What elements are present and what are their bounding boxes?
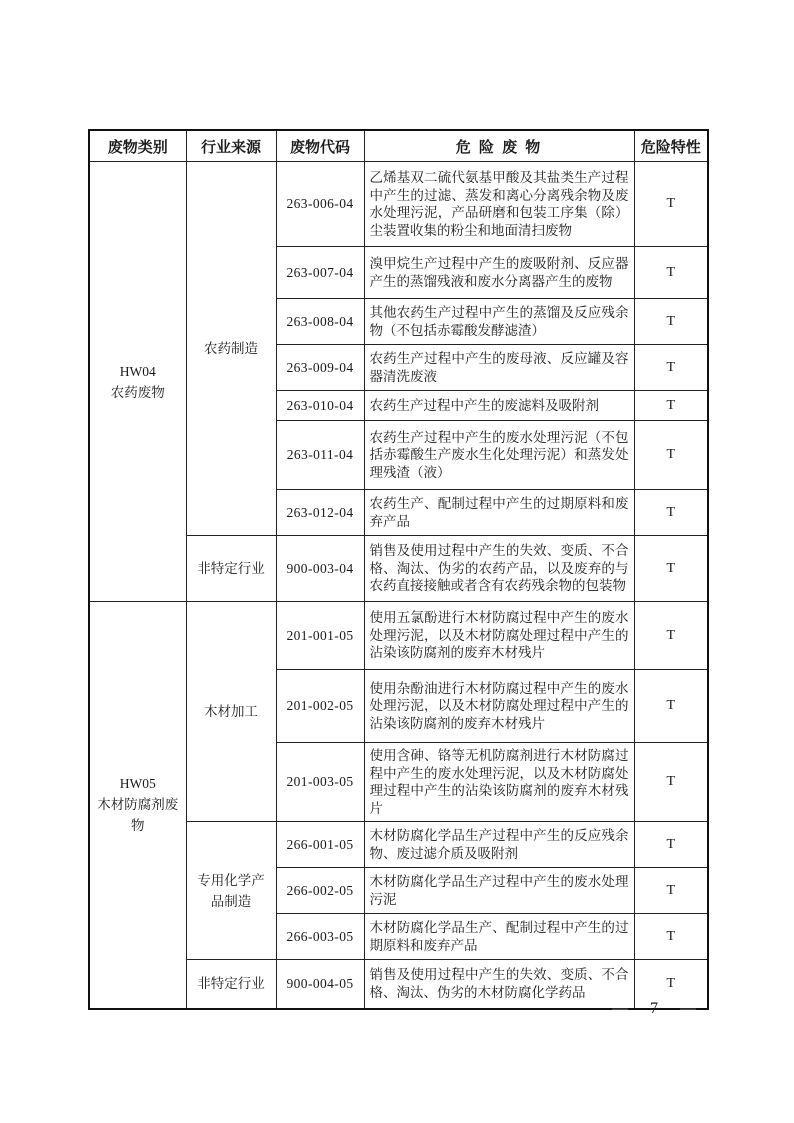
hazard-property-cell: T [634, 914, 708, 960]
waste-description-cell: 其他农药生产过程中产生的蒸馏及反应残余物（不包括赤霉酸发酵滤渣） [364, 299, 634, 345]
industry-cell: 农药制造 [186, 162, 276, 536]
hazard-property-cell: T [634, 670, 708, 743]
category-id: HW04 [91, 361, 185, 382]
header-hazardous-waste: 危 险 废 物 [364, 130, 634, 162]
header-industry-source: 行业来源 [186, 130, 276, 162]
page-number-dash-left: — [612, 999, 628, 1019]
hazard-property-cell: T [634, 602, 708, 670]
hazard-property-cell: T [634, 490, 708, 536]
table-row: HW04 农药废物 农药制造 263-006-04 乙烯基双二硫代氨基甲酸及其盐… [89, 162, 708, 247]
waste-code-cell: 201-001-05 [276, 602, 364, 670]
waste-description-cell: 木材防腐化学品生产、配制过程中产生的过期原料和废弃产品 [364, 914, 634, 960]
hazard-property-cell: T [634, 536, 708, 602]
category-name: 农药废物 [91, 382, 185, 403]
header-hazard-property: 危险特性 [634, 130, 708, 162]
table-header-row: 废物类别 行业来源 废物代码 危 险 废 物 危险特性 [89, 130, 708, 162]
category-cell: HW05 木材防腐剂废物 [89, 602, 186, 1009]
waste-code-cell: 266-002-05 [276, 868, 364, 914]
hazard-property-cell: T [634, 247, 708, 299]
waste-description-cell: 溴甲烷生产过程中产生的废吸附剂、反应器产生的蒸馏残液和废水分离器产生的废物 [364, 247, 634, 299]
header-waste-code: 废物代码 [276, 130, 364, 162]
waste-description-cell: 木材防腐化学品生产过程中产生的废水处理污泥 [364, 868, 634, 914]
waste-description-cell: 农药生产过程中产生的废水处理污泥（不包括赤霉酸生产废水生化处理污泥）和蒸发处理残… [364, 421, 634, 490]
waste-code-cell: 266-003-05 [276, 914, 364, 960]
page-number-dash-right: — [680, 999, 696, 1019]
waste-description-cell: 农药生产、配制过程中产生的过期原料和废弃产品 [364, 490, 634, 536]
hazard-property-cell: T [634, 391, 708, 421]
waste-code-cell: 900-003-04 [276, 536, 364, 602]
waste-code-cell: 266-001-05 [276, 822, 364, 868]
hazard-property-cell: T [634, 299, 708, 345]
document-page: 废物类别 行业来源 废物代码 危 险 废 物 危险特性 HW04 农药废物 农药… [0, 0, 794, 1123]
hazard-property-cell: T [634, 868, 708, 914]
waste-description-cell: 使用含砷、铬等无机防腐剂进行木材防腐过程中产生的废水处理污泥，以及木材防腐处理过… [364, 743, 634, 822]
waste-description-cell: 使用五氯酚进行木材防腐过程中产生的废水处理污泥，以及木材防腐处理过程中产生的沾染… [364, 602, 634, 670]
waste-code-cell: 263-006-04 [276, 162, 364, 247]
waste-code-cell: 201-002-05 [276, 670, 364, 743]
hazardous-waste-table: 废物类别 行业来源 废物代码 危 险 废 物 危险特性 HW04 农药废物 农药… [88, 129, 709, 1010]
waste-description-cell: 木材防腐化学品生产过程中产生的反应残余物、废过滤介质及吸附剂 [364, 822, 634, 868]
waste-code-cell: 263-009-04 [276, 345, 364, 391]
category-id: HW05 [91, 773, 185, 794]
waste-code-cell: 263-007-04 [276, 247, 364, 299]
waste-description-cell: 使用杂酚油进行木材防腐过程中产生的废水处理污泥，以及木材防腐处理过程中产生的沾染… [364, 670, 634, 743]
waste-code-cell: 263-012-04 [276, 490, 364, 536]
hazard-property-cell: T [634, 743, 708, 822]
header-waste-category: 废物类别 [89, 130, 186, 162]
hazard-property-cell: T [634, 822, 708, 868]
waste-description-cell: 销售及使用过程中产生的失效、变质、不合格、淘汰、伪劣的木材防腐化学药品 [364, 960, 634, 1009]
waste-code-cell: 900-004-05 [276, 960, 364, 1009]
waste-code-cell: 263-011-04 [276, 421, 364, 490]
industry-cell: 非特定行业 [186, 536, 276, 602]
waste-description-cell: 农药生产过程中产生的废滤料及吸附剂 [364, 391, 634, 421]
waste-description-cell: 乙烯基双二硫代氨基甲酸及其盐类生产过程中产生的过滤、蒸发和离心分离残余物及废水处… [364, 162, 634, 247]
hazard-property-cell: T [634, 421, 708, 490]
industry-cell: 专用化学产品制造 [186, 822, 276, 960]
page-number-value: 7 [650, 999, 658, 1019]
page-number: — 7 — [612, 999, 696, 1019]
industry-cell: 非特定行业 [186, 960, 276, 1009]
hazard-property-cell: T [634, 162, 708, 247]
table-row: HW05 木材防腐剂废物 木材加工 201-001-05 使用五氯酚进行木材防腐… [89, 602, 708, 670]
waste-code-cell: 201-003-05 [276, 743, 364, 822]
waste-description-cell: 销售及使用过程中产生的失效、变质、不合格、淘汰、伪劣的农药产品，以及废弃的与农药… [364, 536, 634, 602]
waste-description-cell: 农药生产过程中产生的废母液、反应罐及容器清洗废液 [364, 345, 634, 391]
waste-code-cell: 263-010-04 [276, 391, 364, 421]
category-cell: HW04 农药废物 [89, 162, 186, 602]
industry-cell: 木材加工 [186, 602, 276, 822]
waste-code-cell: 263-008-04 [276, 299, 364, 345]
hazard-property-cell: T [634, 345, 708, 391]
category-name: 木材防腐剂废物 [91, 794, 185, 836]
